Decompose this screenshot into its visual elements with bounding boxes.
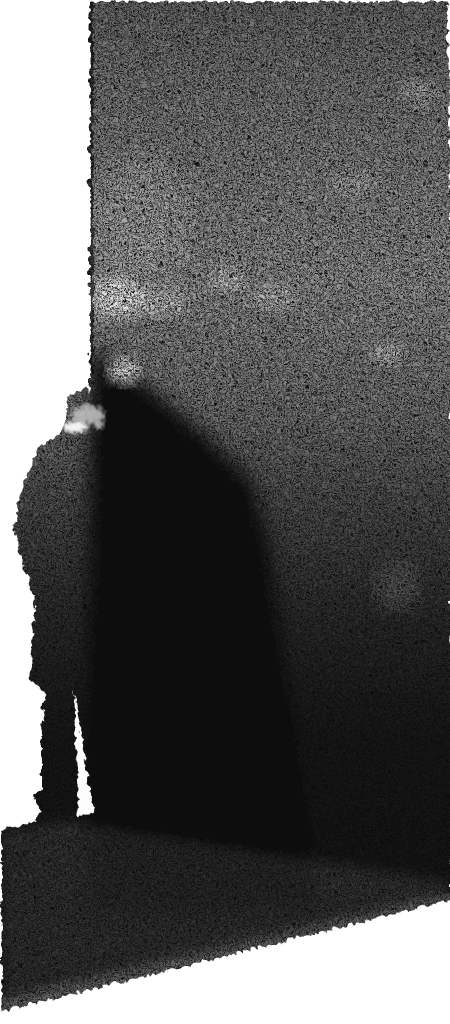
photo-silhouette-scene: [0, 0, 450, 1024]
face-highlight-bright: [62, 419, 86, 431]
face-highlight-small: [90, 419, 102, 427]
scene-canvas: [0, 0, 450, 1024]
wall-edge-seam: [88, 0, 92, 374]
